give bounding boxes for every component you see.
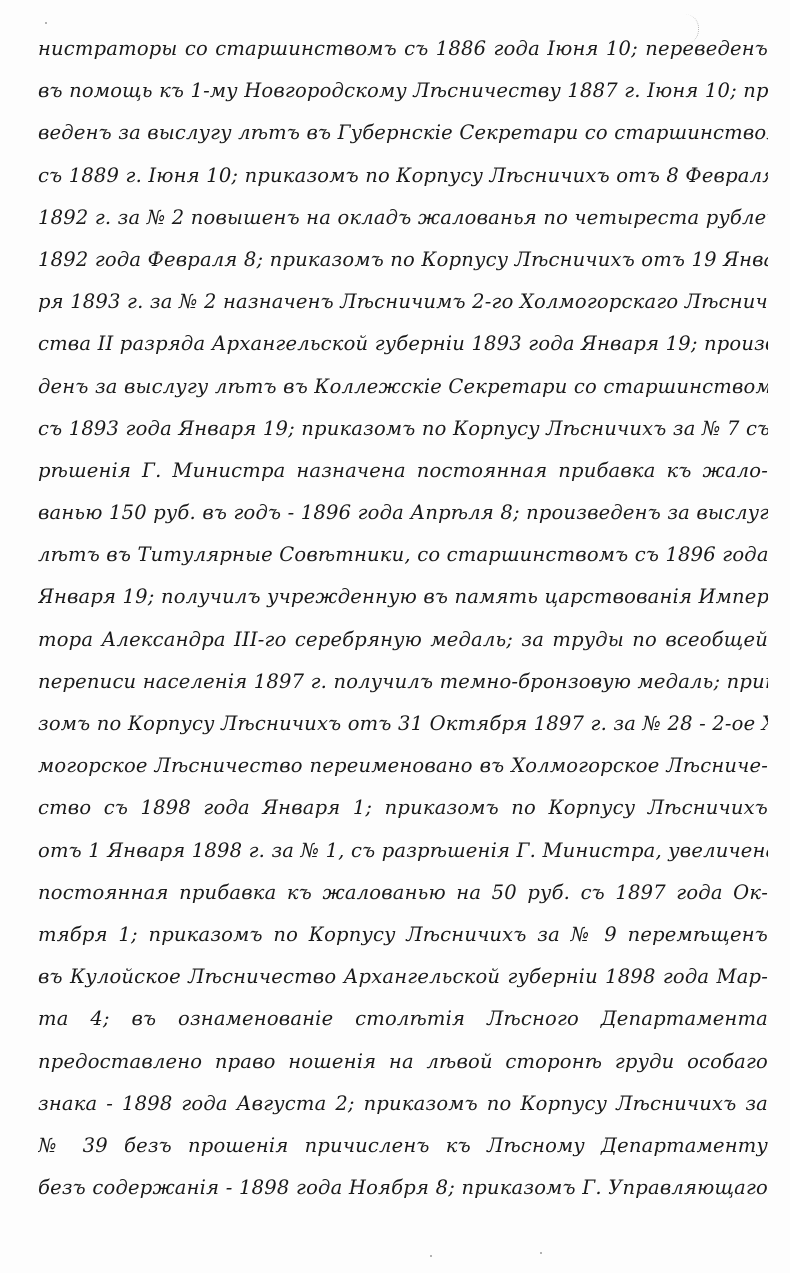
text-line: въ Кулойское Лѣсничество Архангельской г… [38,956,768,998]
paper-speck [540,1252,542,1254]
text-line: постоянная прибавка къ жалованью на 50 р… [38,872,768,914]
text-line: рѣшенія Г. Министра назначена постоянная… [38,450,768,492]
text-line: тября 1; приказомъ по Корпусу Лѣсничихъ … [38,914,768,956]
text-line: съ 1889 г. Іюня 10; приказомъ по Корпусу… [38,155,768,197]
text-line: Января 19; получилъ учрежденную въ памят… [38,576,768,618]
text-line: нистраторы со старшинствомъ съ 1886 года… [38,28,768,70]
text-line: та 4; въ ознаменованіе столѣтія Лѣсного … [38,998,768,1040]
text-line: ства II разряда Архангельской губерніи 1… [38,323,768,365]
text-line: знака - 1898 года Августа 2; приказомъ п… [38,1083,768,1125]
text-line: № 39 безъ прошенія причисленъ къ Лѣсному… [38,1125,768,1167]
text-line: переписи населенія 1897 г. получилъ темн… [38,661,768,703]
text-line: веденъ за выслугу лѣтъ въ Губернскіе Сек… [38,112,768,154]
document-page: нистраторы со старшинствомъ съ 1886 года… [0,0,790,1273]
text-line: ванью 150 руб. въ годъ - 1896 года Апрѣл… [38,492,768,534]
text-line: ство съ 1898 года Января 1; приказомъ по… [38,787,768,829]
text-line: 1892 г. за № 2 повышенъ на окладъ жалова… [38,197,768,239]
text-line: могорское Лѣсничество переименовано въ Х… [38,745,768,787]
text-line: зомъ по Корпусу Лѣсничихъ отъ 31 Октября… [38,703,768,745]
text-line: съ 1893 года Января 19; приказомъ по Кор… [38,408,768,450]
text-line: 1892 года Февраля 8; приказомъ по Корпус… [38,239,768,281]
text-line: въ помощь къ 1-му Новгородскому Лѣсничес… [38,70,768,112]
paper-speck [430,1255,432,1257]
text-line: отъ 1 Января 1898 г. за № 1, съ разрѣшен… [38,830,768,872]
text-line: тора Александра III-го серебряную медаль… [38,619,768,661]
handwritten-text-block: нистраторы со старшинствомъ съ 1886 года… [38,28,768,1209]
text-line: ря 1893 г. за № 2 назначенъ Лѣсничимъ 2-… [38,281,768,323]
text-line: денъ за выслугу лѣтъ въ Коллежскіе Секре… [38,366,768,408]
text-line: предоставлено право ношенія на лѣвой сто… [38,1041,768,1083]
text-line: лѣтъ въ Титулярные Совѣтники, со старшин… [38,534,768,576]
paper-speck [45,22,47,24]
text-line: безъ содержанія - 1898 года Ноября 8; пр… [38,1167,768,1209]
